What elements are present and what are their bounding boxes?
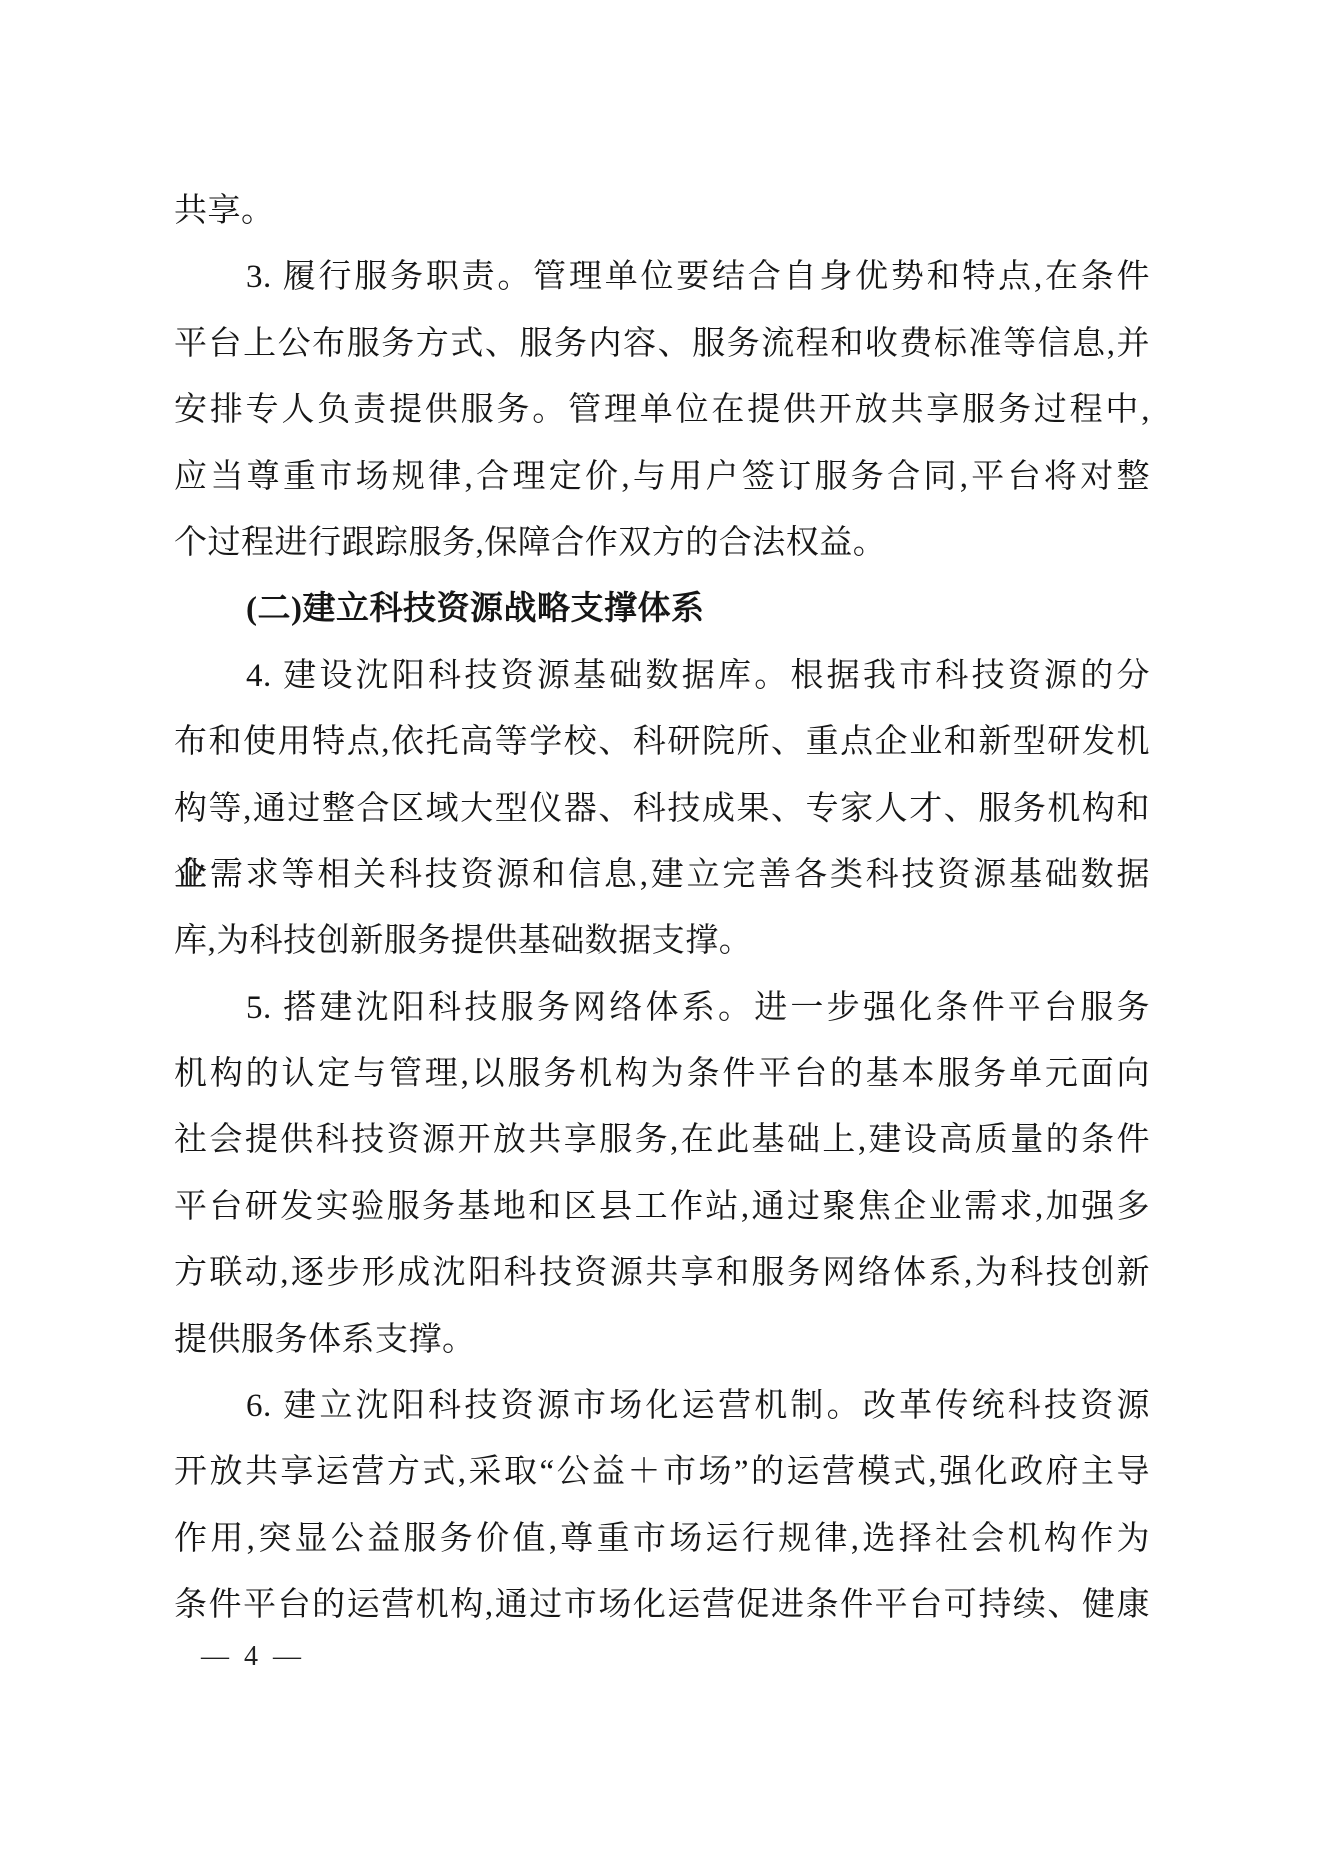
body-text-line: 条件平台的运营机构,通过市场化运营促进条件平台可持续、健康 (174, 1572, 1150, 1638)
page-footer: —4— (201, 1642, 306, 1672)
body-text-line: 平台上公布服务方式、服务内容、服务流程和收费标准等信息,并 (174, 311, 1150, 377)
body-text-line: 个过程进行跟踪服务,保障合作双方的合法权益。 (174, 510, 1150, 576)
document-body: 共享。3. 履行服务职责。管理单位要结合自身优势和特点,在条件平台上公布服务方式… (174, 178, 1150, 1639)
document-page: 共享。3. 履行服务职责。管理单位要结合自身优势和特点,在条件平台上公布服务方式… (0, 0, 1323, 1871)
body-text-line: 5. 搭建沈阳科技服务网络体系。进一步强化条件平台服务 (174, 975, 1150, 1041)
body-text-line: 方联动,逐步形成沈阳科技资源共享和服务网络体系,为科技创新 (174, 1240, 1150, 1306)
body-text-line: 平台研发实验服务基地和区县工作站,通过聚焦企业需求,加强多 (174, 1174, 1150, 1240)
body-text-line: 安排专人负责提供服务。管理单位在提供开放共享服务过程中, (174, 377, 1150, 443)
body-text-line: 作用,突显公益服务价值,尊重市场运行规律,选择社会机构作为 (174, 1506, 1150, 1572)
body-text-line: 业需求等相关科技资源和信息,建立完善各类科技资源基础数据 (174, 842, 1150, 908)
body-text-line: 提供服务体系支撑。 (174, 1307, 1150, 1373)
body-text-line: 共享。 (174, 178, 1150, 244)
body-text-line: 3. 履行服务职责。管理单位要结合自身优势和特点,在条件 (174, 244, 1150, 310)
body-text-line: 机构的认定与管理,以服务机构为条件平台的基本服务单元面向 (174, 1041, 1150, 1107)
body-text-line: 库,为科技创新服务提供基础数据支撑。 (174, 908, 1150, 974)
body-text-line: 构等,通过整合区域大型仪器、科技成果、专家人才、服务机构和企 (174, 776, 1150, 842)
footer-dash-right: — (273, 1641, 306, 1672)
body-text-line: 布和使用特点,依托高等学校、科研院所、重点企业和新型研发机 (174, 709, 1150, 775)
body-text-line: 社会提供科技资源开放共享服务,在此基础上,建设高质量的条件 (174, 1107, 1150, 1173)
page-number: 4 (234, 1641, 273, 1672)
section-heading: (二)建立科技资源战略支撑体系 (174, 576, 1150, 642)
body-text-line: 4. 建设沈阳科技资源基础数据库。根据我市科技资源的分 (174, 643, 1150, 709)
body-text-line: 6. 建立沈阳科技资源市场化运营机制。改革传统科技资源 (174, 1373, 1150, 1439)
body-text-line: 应当尊重市场规律,合理定价,与用户签订服务合同,平台将对整 (174, 444, 1150, 510)
footer-dash-left: — (201, 1641, 234, 1672)
body-text-line: 开放共享运营方式,采取“公益＋市场”的运营模式,强化政府主导 (174, 1439, 1150, 1505)
